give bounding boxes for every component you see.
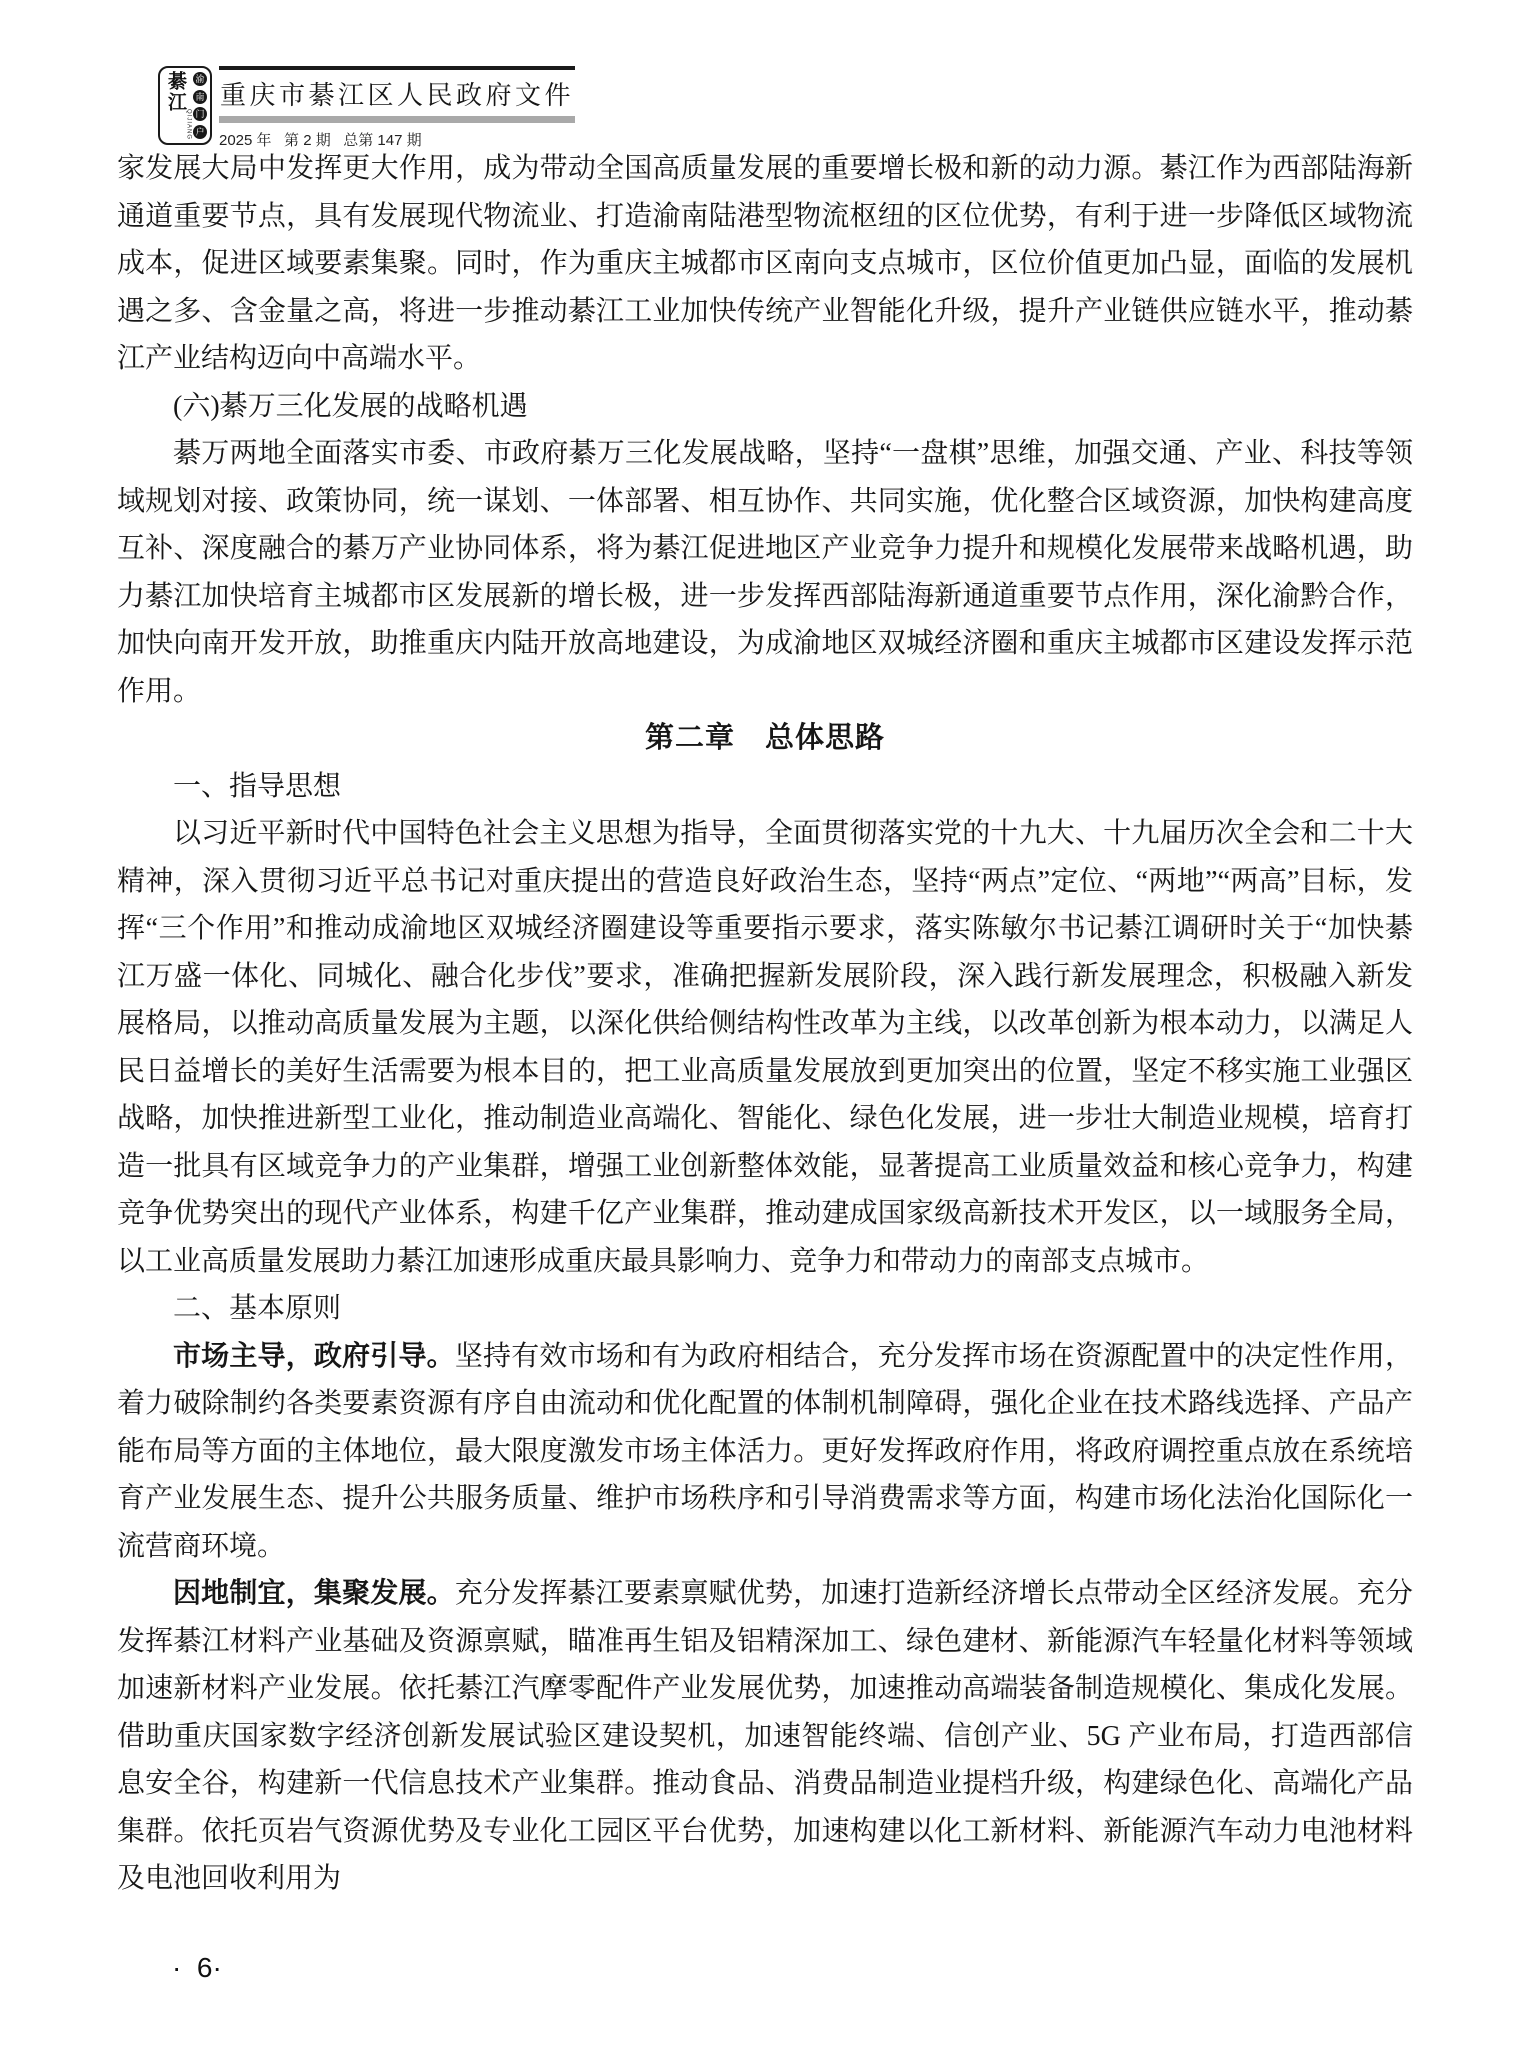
body-paragraph: 以习近平新时代中国特色社会主义思想为指导，全面贯彻落实党的十九大、十九届历次全会… [117, 810, 1413, 1285]
section-heading: (六)綦万三化发展的战略机遇 [117, 383, 1413, 431]
seal-char: 渝 [193, 72, 207, 86]
seal-char: 南 [193, 90, 207, 104]
document-body: 家发展大局中发挥更大作用，成为带动全国高质量发展的重要增长极和新的动力源。綦江作… [117, 145, 1413, 1903]
qijiang-logo: 綦江 QIJIANG 渝 南 门 户 [158, 66, 212, 145]
paragraph-text: 充分发挥綦江要素禀赋优势，加速打造新经济增长点带动全区经济发展。充分发挥綦江材料… [117, 1578, 1413, 1894]
paragraph-lead: 市场主导，政府引导。 [173, 1341, 455, 1372]
paragraph-lead: 因地制宜，集聚发展。 [173, 1578, 455, 1609]
section-heading: 二、基本原则 [117, 1285, 1413, 1333]
seal-char: 户 [193, 125, 207, 139]
document-header: 重庆市綦江区人民政府文件 2025 年 第 2 期 总第 147 期 [219, 66, 575, 150]
logo-name-vertical: 綦江 [164, 71, 186, 140]
body-paragraph: 因地制宜，集聚发展。充分发挥綦江要素禀赋优势，加速打造新经济增长点带动全区经济发… [117, 1570, 1413, 1903]
paragraph-text: 坚持有效市场和有为政府相结合，充分发挥市场在资源配置中的决定性作用，着力破除制约… [117, 1341, 1413, 1562]
body-paragraph: 綦万两地全面落实市委、市政府綦万三化发展战略，坚持“一盘棋”思维，加强交通、产业… [117, 430, 1413, 715]
body-paragraph: 家发展大局中发挥更大作用，成为带动全国高质量发展的重要增长极和新的动力源。綦江作… [117, 145, 1413, 383]
header-gray-rule [219, 116, 575, 123]
seal-char: 门 [193, 107, 207, 121]
document-page: 綦江 QIJIANG 渝 南 门 户 重庆市綦江区人民政府文件 2025 年 第… [0, 0, 1530, 2062]
chapter-heading: 第二章 总体思路 [117, 715, 1413, 763]
logo-romanization: QIJIANG [186, 109, 192, 140]
page-number: · 6· [172, 1952, 222, 1984]
document-title: 重庆市綦江区人民政府文件 [219, 70, 575, 116]
section-heading: 一、指导思想 [117, 763, 1413, 811]
body-paragraph: 市场主导，政府引导。坚持有效市场和有为政府相结合，充分发挥市场在资源配置中的决定… [117, 1333, 1413, 1571]
logo-seal-column: 渝 南 门 户 [193, 71, 207, 140]
